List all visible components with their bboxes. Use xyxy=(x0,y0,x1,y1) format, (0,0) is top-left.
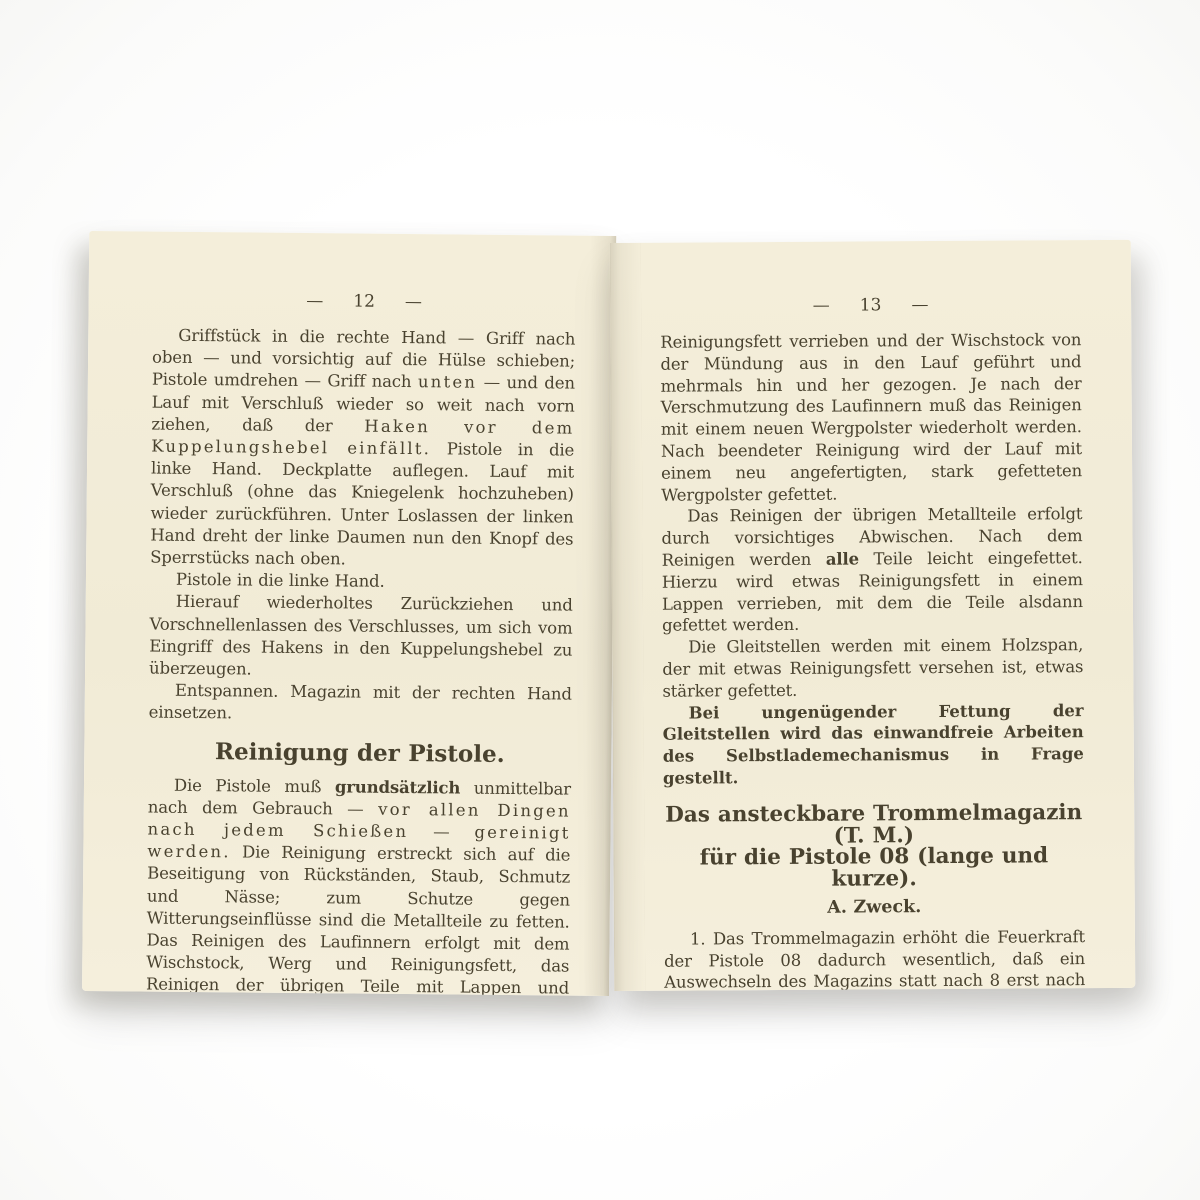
page-number-dash-right: — xyxy=(405,292,422,312)
page-number-dash-left: — xyxy=(813,296,830,316)
subsection-heading-zweck: A. Zweck. xyxy=(664,896,1085,920)
paragraph-gleitstellen: Die Gleitstellen werden mit einem Holzsp… xyxy=(662,634,1083,702)
booklet-spread: — 12 — Griffstück in die rechte Hand — G… xyxy=(86,243,1133,991)
page-number-13: 13 xyxy=(860,295,882,315)
paragraph-warning-fettung: Bei ungenügender Fettung der Gleitstelle… xyxy=(663,700,1085,790)
page-12: — 12 — Griffstück in die rechte Hand — G… xyxy=(82,231,616,996)
paragraph-barrel-cleaning-continuation: Reinigungsfett verrieben und der Wischst… xyxy=(660,329,1082,506)
photo-backdrop: — 12 — Griffstück in die rechte Hand — G… xyxy=(0,0,1200,1200)
paragraph-hierauf: Hierauf wiederholtes Zurückziehen und Vo… xyxy=(149,591,573,684)
page-12-text-column: — 12 — Griffstück in die rechte Hand — G… xyxy=(145,290,576,996)
page-13-text-column: — 13 — Reinigungsfett verrieben und der … xyxy=(660,294,1086,991)
page-number-12: 12 xyxy=(353,291,375,311)
section-heading-reinigung: Reinigung der Pistole. xyxy=(148,737,571,769)
paragraph-cleaning-rules: Die Pistole muß grundsätzlich unmittelba… xyxy=(146,774,571,996)
page-number-dash-left: — xyxy=(306,291,323,311)
page-number-row-13: — 13 — xyxy=(660,294,1081,317)
paragraph-grip-instructions: Griffstück in die rechte Hand — Griff na… xyxy=(150,325,575,573)
page-13: — 13 — Reinigungsfett verrieben und der … xyxy=(610,240,1136,991)
section-heading-trommelmagazin: Das ansteckbare Trommelmagazin (T. M.) f… xyxy=(663,802,1085,892)
paragraph-metal-parts: Das Reinigen der übrigen Metallteile erf… xyxy=(661,503,1083,636)
page-number-dash-right: — xyxy=(911,295,928,315)
page-number-row-12: — 12 — xyxy=(153,290,576,314)
paragraph-entspannen: Entspannen. Magazin mit der rechten Hand… xyxy=(149,680,572,728)
list-item-1-feuerkraft: 1. Das Trommelmagazin erhöht die Feuerkr… xyxy=(664,926,1086,991)
